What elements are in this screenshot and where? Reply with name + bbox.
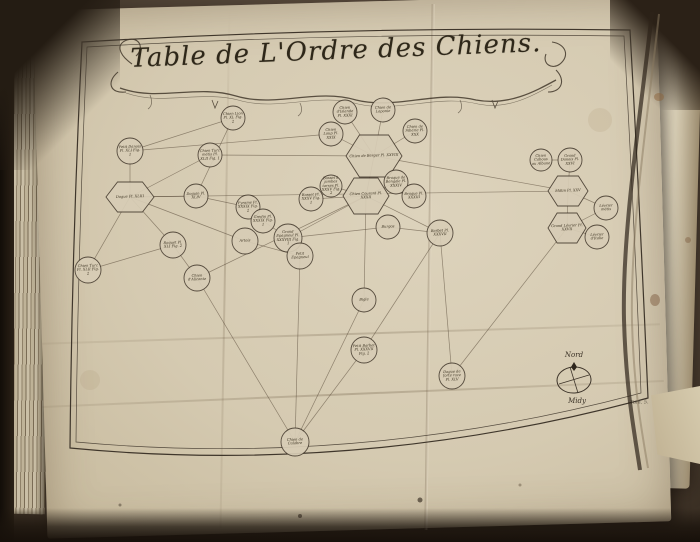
- breed-node: [319, 122, 343, 146]
- compass-south-label: Midy: [567, 397, 587, 405]
- breed-node: [281, 428, 309, 456]
- lineage-line: [197, 278, 295, 442]
- lineage-line: [440, 233, 452, 376]
- breed-node: [403, 119, 427, 143]
- breed-node: [352, 288, 376, 312]
- lineage-line: [364, 233, 440, 350]
- breed-node: [402, 184, 426, 208]
- breed-node: [106, 182, 154, 212]
- breed-node: [558, 148, 582, 172]
- compass-north-label: Nord: [564, 351, 584, 359]
- lineage-line: [295, 300, 364, 442]
- lineage-line: [130, 134, 331, 151]
- breed-node: [351, 337, 377, 363]
- breed-node: [184, 184, 208, 208]
- lineage-line: [288, 227, 388, 238]
- breed-node: [371, 98, 395, 122]
- breed-node: [376, 215, 400, 239]
- breed-node: [333, 100, 357, 124]
- breed-node: [198, 143, 222, 167]
- breed-node: [117, 138, 143, 164]
- compass-needle-icon: [571, 362, 577, 371]
- breed-node: [548, 213, 586, 243]
- breed-node: [320, 175, 342, 197]
- breed-node: [439, 363, 465, 389]
- breed-node: [530, 149, 552, 171]
- breed-node: [75, 257, 101, 283]
- breed-node: [184, 265, 210, 291]
- breed-node: [221, 106, 245, 130]
- lineage-line: [452, 228, 567, 376]
- breed-node: [427, 220, 453, 246]
- breed-node: [251, 209, 275, 233]
- breed-node: [299, 187, 323, 211]
- lineage-lines: [88, 110, 606, 442]
- photo-of-open-book: Nord Midy Tom. 5. Table de L'Ordre des C…: [0, 0, 700, 542]
- breed-node: [232, 228, 258, 254]
- lineage-line: [295, 350, 364, 442]
- lineage-line: [295, 256, 300, 442]
- engraving-layer: Nord Midy Tom. 5.: [0, 0, 700, 542]
- compass-rose: Nord Midy: [556, 351, 592, 405]
- breed-node: [160, 232, 186, 258]
- breed-node: [585, 225, 609, 249]
- breed-node: [287, 243, 313, 269]
- breed-node: [548, 176, 588, 206]
- breed-node: [594, 196, 618, 220]
- breed-node: [343, 178, 389, 214]
- corner-mark: Tom. 5.: [630, 399, 649, 406]
- breed-nodes: [75, 98, 618, 456]
- table-shadow: [0, 508, 700, 542]
